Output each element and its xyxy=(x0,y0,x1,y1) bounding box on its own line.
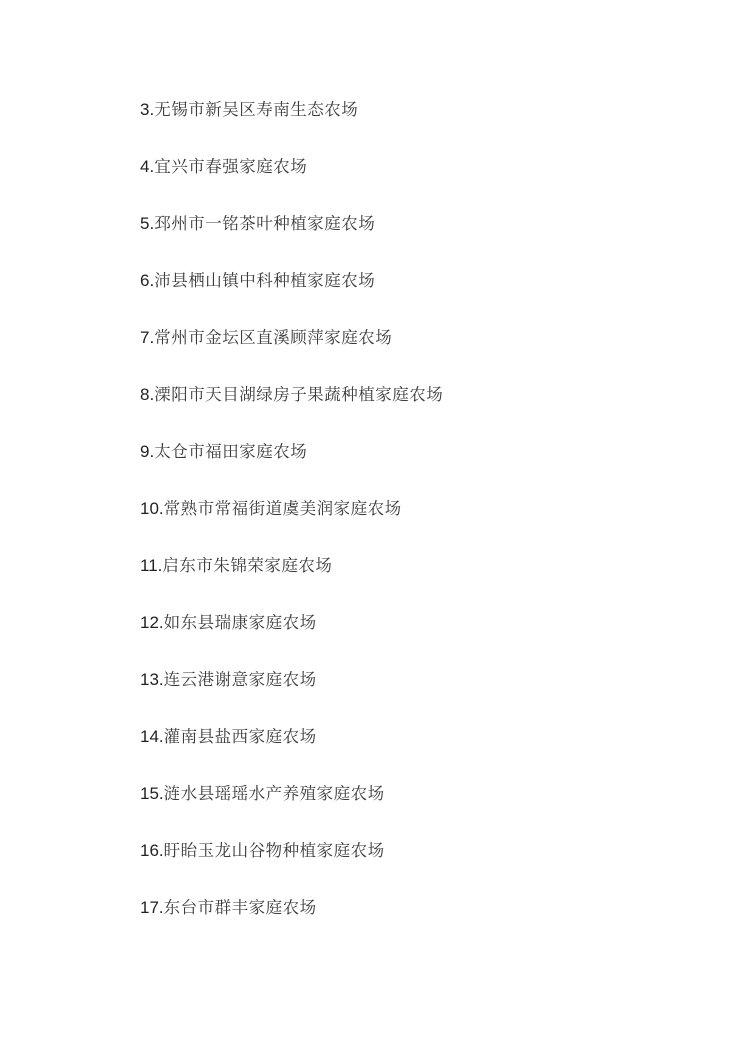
list-item: 14.灌南县盐西家庭农场 xyxy=(140,725,443,782)
item-number: 10. xyxy=(140,499,164,518)
item-number: 5. xyxy=(140,214,154,233)
item-name: 涟水县瑶瑶水产养殖家庭农场 xyxy=(164,784,385,803)
item-number: 3. xyxy=(140,100,154,119)
item-name: 东台市群丰家庭农场 xyxy=(164,898,317,917)
item-number: 8. xyxy=(140,385,154,404)
item-name: 宜兴市春强家庭农场 xyxy=(154,157,307,176)
item-number: 17. xyxy=(140,898,164,917)
item-number: 7. xyxy=(140,328,154,347)
item-name: 启东市朱锦荣家庭农场 xyxy=(162,556,332,575)
list-item: 5.邳州市一铭茶叶种植家庭农场 xyxy=(140,212,443,269)
item-name: 太仓市福田家庭农场 xyxy=(154,442,307,461)
list-item: 11.启东市朱锦荣家庭农场 xyxy=(140,554,443,611)
item-number: 6. xyxy=(140,271,154,290)
document-page: 3.无锡市新吴区寿南生态农场 4.宜兴市春强家庭农场 5.邳州市一铭茶叶种植家庭… xyxy=(0,0,750,1060)
item-name: 如东县瑞康家庭农场 xyxy=(164,613,317,632)
list-item: 16.盱眙玉龙山谷物种植家庭农场 xyxy=(140,839,443,896)
list-item: 3.无锡市新吴区寿南生态农场 xyxy=(140,98,443,155)
list-item: 7.常州市金坛区直溪顾萍家庭农场 xyxy=(140,326,443,383)
item-number: 15. xyxy=(140,784,164,803)
item-name: 常州市金坛区直溪顾萍家庭农场 xyxy=(154,328,392,347)
item-name: 灌南县盐西家庭农场 xyxy=(164,727,317,746)
item-number: 12. xyxy=(140,613,164,632)
item-name: 沛县栖山镇中科种植家庭农场 xyxy=(154,271,375,290)
item-number: 13. xyxy=(140,670,164,689)
item-number: 16. xyxy=(140,841,164,860)
item-name: 邳州市一铭茶叶种植家庭农场 xyxy=(154,214,375,233)
item-name: 连云港谢意家庭农场 xyxy=(164,670,317,689)
list-item: 4.宜兴市春强家庭农场 xyxy=(140,155,443,212)
list-item: 10.常熟市常福街道虞美润家庭农场 xyxy=(140,497,443,554)
item-number: 14. xyxy=(140,727,164,746)
farm-list: 3.无锡市新吴区寿南生态农场 4.宜兴市春强家庭农场 5.邳州市一铭茶叶种植家庭… xyxy=(140,98,443,953)
list-item: 13.连云港谢意家庭农场 xyxy=(140,668,443,725)
item-name: 盱眙玉龙山谷物种植家庭农场 xyxy=(164,841,385,860)
list-item: 9.太仓市福田家庭农场 xyxy=(140,440,443,497)
item-name: 溧阳市天目湖绿房子果蔬种植家庭农场 xyxy=(154,385,443,404)
list-item: 12.如东县瑞康家庭农场 xyxy=(140,611,443,668)
list-item: 8.溧阳市天目湖绿房子果蔬种植家庭农场 xyxy=(140,383,443,440)
item-name: 无锡市新吴区寿南生态农场 xyxy=(154,100,358,119)
item-number: 9. xyxy=(140,442,154,461)
item-number: 4. xyxy=(140,157,154,176)
list-item: 6.沛县栖山镇中科种植家庭农场 xyxy=(140,269,443,326)
list-item: 15.涟水县瑶瑶水产养殖家庭农场 xyxy=(140,782,443,839)
list-item: 17.东台市群丰家庭农场 xyxy=(140,896,443,953)
item-name: 常熟市常福街道虞美润家庭农场 xyxy=(164,499,402,518)
item-number: 11. xyxy=(140,556,162,575)
